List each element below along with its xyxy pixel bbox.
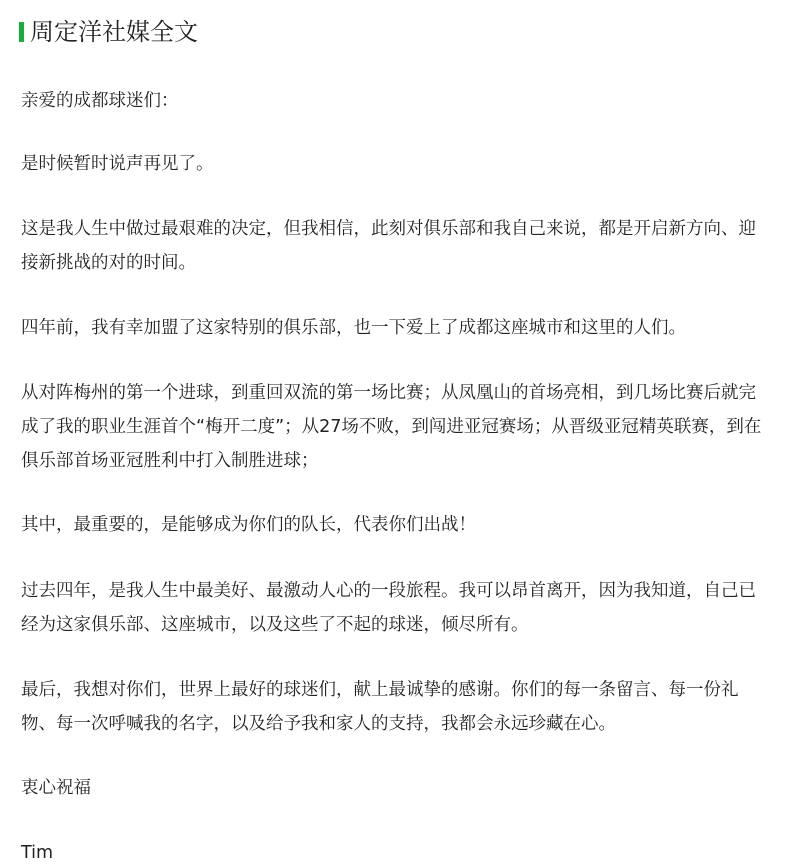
journey-paragraph: 过去四年，是我人生中最美好、最激动人心的一段旅程。我可以昂首离开，因为我知道，自… [21,574,771,642]
milestones-paragraph: 从对阵梅州的第一个进球，到重回双流的第一场比赛；从凤凰山的首场亮相，到几场比赛后… [21,376,771,478]
greeting-paragraph: 亲爱的成都球迷们： [21,84,771,118]
closing-paragraph: 衷心祝福 [21,771,771,805]
joining-paragraph: 四年前，我有幸加盟了这家特别的俱乐部，也一下爱上了成都这座城市和这里的人们。 [21,311,771,345]
title-accent-bar [19,22,24,42]
article-title: 周定洋社媒全文 [30,17,198,47]
signature: Tim [21,836,771,866]
farewell-paragraph: 是时候暂时说声再见了。 [21,147,771,181]
captain-paragraph: 其中，最重要的，是能够成为你们的队长，代表你们出战！ [21,508,771,542]
thanks-paragraph: 最后，我想对你们，世界上最好的球迷们，献上最诚挚的感谢。你们的每一条留言、每一份… [21,673,771,741]
decision-paragraph: 这是我人生中做过最艰难的决定，但我相信，此刻对俱乐部和我自己来说，都是开启新方向… [21,212,771,280]
article-title-row: 周定洋社媒全文 [19,17,198,47]
